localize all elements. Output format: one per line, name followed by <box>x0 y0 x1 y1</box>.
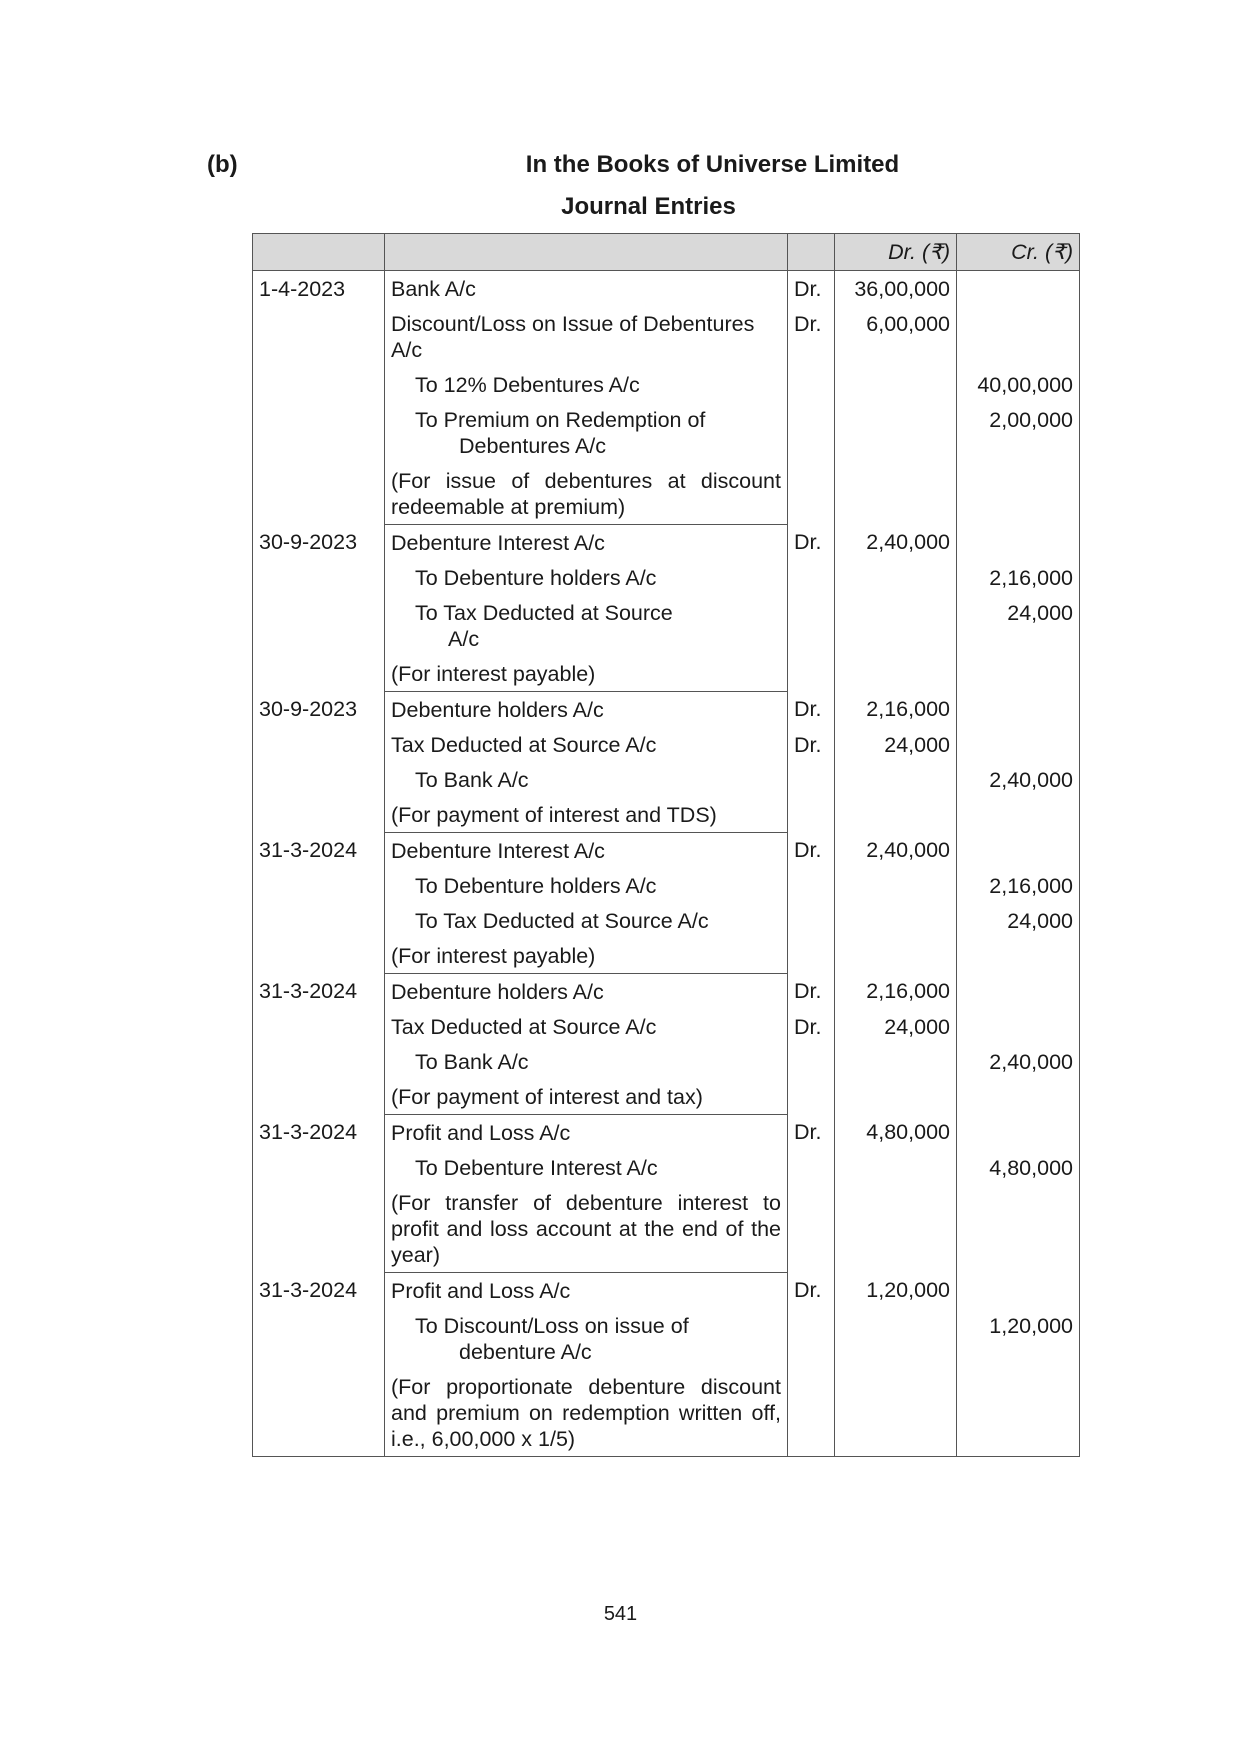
credit-account: To Debenture Interest A/c <box>385 1150 788 1185</box>
debit-account: Debenture holders A/c <box>385 974 788 1010</box>
header-date <box>253 234 385 271</box>
table-row: (For interest payable) <box>253 938 1080 974</box>
dr-marker: Dr. <box>788 271 835 307</box>
credit-amount <box>957 692 1080 728</box>
table-row: 31-3-2024Debenture Interest A/cDr.2,40,0… <box>253 833 1080 869</box>
entry-date <box>253 797 385 833</box>
entry-date: 1-4-2023 <box>253 271 385 307</box>
journal-body: 1-4-2023Bank A/cDr.36,00,000Discount/Los… <box>253 271 1080 1457</box>
entry-date <box>253 463 385 525</box>
debit-account: Tax Deducted at Source A/c <box>385 727 788 762</box>
credit-amount <box>957 938 1080 974</box>
particulars-text: Debenture holders A/c <box>391 698 604 722</box>
debit-amount <box>835 938 957 974</box>
narration: (For interest payable) <box>385 656 788 692</box>
dr-marker: Dr. <box>788 1009 835 1044</box>
entry-date <box>253 1150 385 1185</box>
credit-account: To Debenture holders A/c <box>385 560 788 595</box>
debit-amount: 6,00,000 <box>835 306 957 367</box>
dr-marker <box>788 868 835 903</box>
entry-date <box>253 868 385 903</box>
credit-amount <box>957 833 1080 869</box>
debit-amount <box>835 1150 957 1185</box>
credit-amount <box>957 463 1080 525</box>
credit-amount <box>957 797 1080 833</box>
particulars-continuation: debenture A/c <box>415 1339 781 1365</box>
particulars-continuation: Debentures A/c <box>415 433 781 459</box>
narration: (For payment of interest and TDS) <box>385 797 788 833</box>
entry-date <box>253 1369 385 1457</box>
particulars-text: Tax Deducted at Source A/c <box>391 1015 656 1039</box>
credit-amount <box>957 1273 1080 1309</box>
dr-marker <box>788 656 835 692</box>
table-row: (For payment of interest and tax) <box>253 1079 1080 1115</box>
debit-amount: 24,000 <box>835 727 957 762</box>
dr-marker: Dr. <box>788 833 835 869</box>
header-lf <box>788 234 835 271</box>
credit-account: To Bank A/c <box>385 1044 788 1079</box>
credit-amount <box>957 525 1080 561</box>
debit-amount <box>835 560 957 595</box>
debit-amount <box>835 463 957 525</box>
dr-marker: Dr. <box>788 974 835 1010</box>
narration: (For interest payable) <box>385 938 788 974</box>
entry-date <box>253 560 385 595</box>
dr-marker <box>788 1308 835 1369</box>
credit-amount <box>957 271 1080 307</box>
entry-date <box>253 938 385 974</box>
credit-amount <box>957 1009 1080 1044</box>
entry-date <box>253 1009 385 1044</box>
credit-amount: 4,80,000 <box>957 1150 1080 1185</box>
particulars-text: (For issue of debentures at discount red… <box>391 469 781 519</box>
entry-date <box>253 595 385 656</box>
particulars-text: To Bank A/c <box>415 768 529 792</box>
entry-date <box>253 306 385 367</box>
dr-marker <box>788 797 835 833</box>
page-subtitle: Journal Entries <box>0 193 1241 221</box>
table-row: To Debenture holders A/c2,16,000 <box>253 868 1080 903</box>
credit-amount: 40,00,000 <box>957 367 1080 402</box>
debit-amount <box>835 656 957 692</box>
dr-marker: Dr. <box>788 1115 835 1151</box>
dr-marker: Dr. <box>788 727 835 762</box>
narration: (For issue of debentures at discount red… <box>385 463 788 525</box>
dr-marker <box>788 1150 835 1185</box>
debit-account: Tax Deducted at Source A/c <box>385 1009 788 1044</box>
entry-date <box>253 1308 385 1369</box>
journal-table: Dr. (₹) Cr. (₹) 1-4-2023Bank A/cDr.36,00… <box>252 233 1080 1457</box>
entry-date <box>253 762 385 797</box>
debit-amount <box>835 1185 957 1273</box>
particulars-text: To Debenture Interest A/c <box>415 1156 658 1180</box>
dr-marker <box>788 402 835 463</box>
table-row: 31-3-2024Profit and Loss A/cDr.1,20,000 <box>253 1273 1080 1309</box>
credit-account: To Tax Deducted at SourceA/c <box>385 595 788 656</box>
table-row: (For interest payable) <box>253 656 1080 692</box>
particulars-text: (For payment of interest and tax) <box>391 1085 703 1109</box>
debit-amount <box>835 868 957 903</box>
table-row: (For issue of debentures at discount red… <box>253 463 1080 525</box>
credit-account: To Premium on Redemption ofDebentures A/… <box>385 402 788 463</box>
table-row: 1-4-2023Bank A/cDr.36,00,000 <box>253 271 1080 307</box>
credit-amount <box>957 1369 1080 1457</box>
debit-amount <box>835 1079 957 1115</box>
debit-amount: 1,20,000 <box>835 1273 957 1309</box>
credit-account: To Debenture holders A/c <box>385 868 788 903</box>
debit-account: Discount/Loss on Issue of DebenturesA/c <box>385 306 788 367</box>
debit-account: Profit and Loss A/c <box>385 1115 788 1151</box>
credit-amount <box>957 1079 1080 1115</box>
table-row: Tax Deducted at Source A/cDr.24,000 <box>253 727 1080 762</box>
credit-amount <box>957 727 1080 762</box>
dr-marker <box>788 463 835 525</box>
debit-amount <box>835 1044 957 1079</box>
dr-marker <box>788 903 835 938</box>
credit-amount: 24,000 <box>957 595 1080 656</box>
entry-date <box>253 727 385 762</box>
entry-date <box>253 402 385 463</box>
particulars-text: To Bank A/c <box>415 1050 529 1074</box>
dr-marker: Dr. <box>788 525 835 561</box>
table-row: To Tax Deducted at SourceA/c24,000 <box>253 595 1080 656</box>
debit-account: Debenture Interest A/c <box>385 833 788 869</box>
entry-date: 31-3-2024 <box>253 974 385 1010</box>
credit-amount <box>957 1115 1080 1151</box>
entry-date <box>253 367 385 402</box>
debit-amount: 2,40,000 <box>835 833 957 869</box>
entry-date: 30-9-2023 <box>253 692 385 728</box>
dr-marker <box>788 938 835 974</box>
debit-amount: 2,16,000 <box>835 974 957 1010</box>
dr-marker <box>788 1044 835 1079</box>
particulars-text: (For transfer of debenture interest to p… <box>391 1191 781 1267</box>
dr-marker <box>788 367 835 402</box>
header-debit: Dr. (₹) <box>835 234 957 271</box>
credit-amount: 2,00,000 <box>957 402 1080 463</box>
entry-date <box>253 1079 385 1115</box>
page-title: In the Books of Universe Limited <box>0 151 1241 179</box>
debit-account: Bank A/c <box>385 271 788 307</box>
credit-account: To 12% Debentures A/c <box>385 367 788 402</box>
particulars-text: (For payment of interest and TDS) <box>391 803 717 827</box>
debit-account: Debenture holders A/c <box>385 692 788 728</box>
table-row: To Bank A/c2,40,000 <box>253 762 1080 797</box>
table-row: 30-9-2023Debenture holders A/cDr.2,16,00… <box>253 692 1080 728</box>
debit-account: Debenture Interest A/c <box>385 525 788 561</box>
particulars-text: Tax Deducted at Source A/c <box>391 733 656 757</box>
table-row: To Tax Deducted at Source A/c24,000 <box>253 903 1080 938</box>
entry-date: 30-9-2023 <box>253 525 385 561</box>
debit-amount: 36,00,000 <box>835 271 957 307</box>
credit-amount <box>957 306 1080 367</box>
credit-amount: 2,40,000 <box>957 762 1080 797</box>
entry-date <box>253 656 385 692</box>
table-row: Discount/Loss on Issue of DebenturesA/cD… <box>253 306 1080 367</box>
particulars-text: To 12% Debentures A/c <box>415 373 640 397</box>
particulars-continuation: A/c <box>391 338 422 362</box>
table-row: 30-9-2023Debenture Interest A/cDr.2,40,0… <box>253 525 1080 561</box>
credit-amount <box>957 656 1080 692</box>
entry-date <box>253 1185 385 1273</box>
credit-amount <box>957 1185 1080 1273</box>
particulars-text: Debenture holders A/c <box>391 980 604 1004</box>
credit-amount: 2,40,000 <box>957 1044 1080 1079</box>
table-row: To Debenture holders A/c2,16,000 <box>253 560 1080 595</box>
debit-amount <box>835 903 957 938</box>
particulars-text: (For interest payable) <box>391 944 595 968</box>
dr-marker <box>788 1185 835 1273</box>
table-row: 31-3-2024Profit and Loss A/cDr.4,80,000 <box>253 1115 1080 1151</box>
dr-marker <box>788 595 835 656</box>
debit-amount <box>835 595 957 656</box>
table-row: (For transfer of debenture interest to p… <box>253 1185 1080 1273</box>
narration: (For transfer of debenture interest to p… <box>385 1185 788 1273</box>
credit-account: To Tax Deducted at Source A/c <box>385 903 788 938</box>
entry-date: 31-3-2024 <box>253 1273 385 1309</box>
entry-date <box>253 903 385 938</box>
table-row: To Premium on Redemption ofDebentures A/… <box>253 402 1080 463</box>
narration: (For proportionate debenture discount an… <box>385 1369 788 1457</box>
table-row: 31-3-2024Debenture holders A/cDr.2,16,00… <box>253 974 1080 1010</box>
particulars-text: Bank A/c <box>391 277 476 301</box>
credit-account: To Discount/Loss on issue ofdebenture A/… <box>385 1308 788 1369</box>
particulars-text: Profit and Loss A/c <box>391 1279 570 1303</box>
table-header-row: Dr. (₹) Cr. (₹) <box>253 234 1080 271</box>
credit-amount: 1,20,000 <box>957 1308 1080 1369</box>
credit-amount <box>957 974 1080 1010</box>
debit-amount: 24,000 <box>835 1009 957 1044</box>
table-row: To 12% Debentures A/c40,00,000 <box>253 367 1080 402</box>
dr-marker <box>788 762 835 797</box>
particulars-text: Debenture Interest A/c <box>391 839 605 863</box>
dr-marker: Dr. <box>788 306 835 367</box>
dr-marker: Dr. <box>788 1273 835 1309</box>
particulars-continuation: A/c <box>415 626 781 652</box>
particulars-text: To Debenture holders A/c <box>415 874 656 898</box>
particulars-text: To Discount/Loss on issue of <box>415 1314 689 1338</box>
credit-amount: 2,16,000 <box>957 868 1080 903</box>
header-particulars <box>385 234 788 271</box>
debit-amount <box>835 797 957 833</box>
credit-account: To Bank A/c <box>385 762 788 797</box>
entry-date: 31-3-2024 <box>253 1115 385 1151</box>
dr-marker <box>788 560 835 595</box>
narration: (For payment of interest and tax) <box>385 1079 788 1115</box>
particulars-text: To Tax Deducted at Source A/c <box>415 909 709 933</box>
table-row: To Debenture Interest A/c4,80,000 <box>253 1150 1080 1185</box>
debit-amount <box>835 762 957 797</box>
particulars-text: To Debenture holders A/c <box>415 566 656 590</box>
page-number: 541 <box>0 1603 1241 1626</box>
particulars-text: (For proportionate debenture discount an… <box>391 1375 781 1451</box>
debit-amount <box>835 1369 957 1457</box>
particulars-text: Discount/Loss on Issue of Debentures <box>391 312 754 336</box>
dr-marker: Dr. <box>788 692 835 728</box>
table-row: Tax Deducted at Source A/cDr.24,000 <box>253 1009 1080 1044</box>
particulars-text: Debenture Interest A/c <box>391 531 605 555</box>
particulars-text: (For interest payable) <box>391 662 595 686</box>
credit-amount: 24,000 <box>957 903 1080 938</box>
dr-marker <box>788 1079 835 1115</box>
table-row: To Bank A/c2,40,000 <box>253 1044 1080 1079</box>
entry-date <box>253 1044 385 1079</box>
entry-date: 31-3-2024 <box>253 833 385 869</box>
particulars-text: To Premium on Redemption of <box>415 408 705 432</box>
debit-amount: 2,40,000 <box>835 525 957 561</box>
credit-amount: 2,16,000 <box>957 560 1080 595</box>
table-row: (For payment of interest and TDS) <box>253 797 1080 833</box>
debit-amount <box>835 367 957 402</box>
debit-account: Profit and Loss A/c <box>385 1273 788 1309</box>
debit-amount <box>835 402 957 463</box>
debit-amount <box>835 1308 957 1369</box>
particulars-text: To Tax Deducted at Source <box>415 601 673 625</box>
table-row: To Discount/Loss on issue ofdebenture A/… <box>253 1308 1080 1369</box>
header-credit: Cr. (₹) <box>957 234 1080 271</box>
table-row: (For proportionate debenture discount an… <box>253 1369 1080 1457</box>
dr-marker <box>788 1369 835 1457</box>
debit-amount: 2,16,000 <box>835 692 957 728</box>
particulars-text: Profit and Loss A/c <box>391 1121 570 1145</box>
debit-amount: 4,80,000 <box>835 1115 957 1151</box>
